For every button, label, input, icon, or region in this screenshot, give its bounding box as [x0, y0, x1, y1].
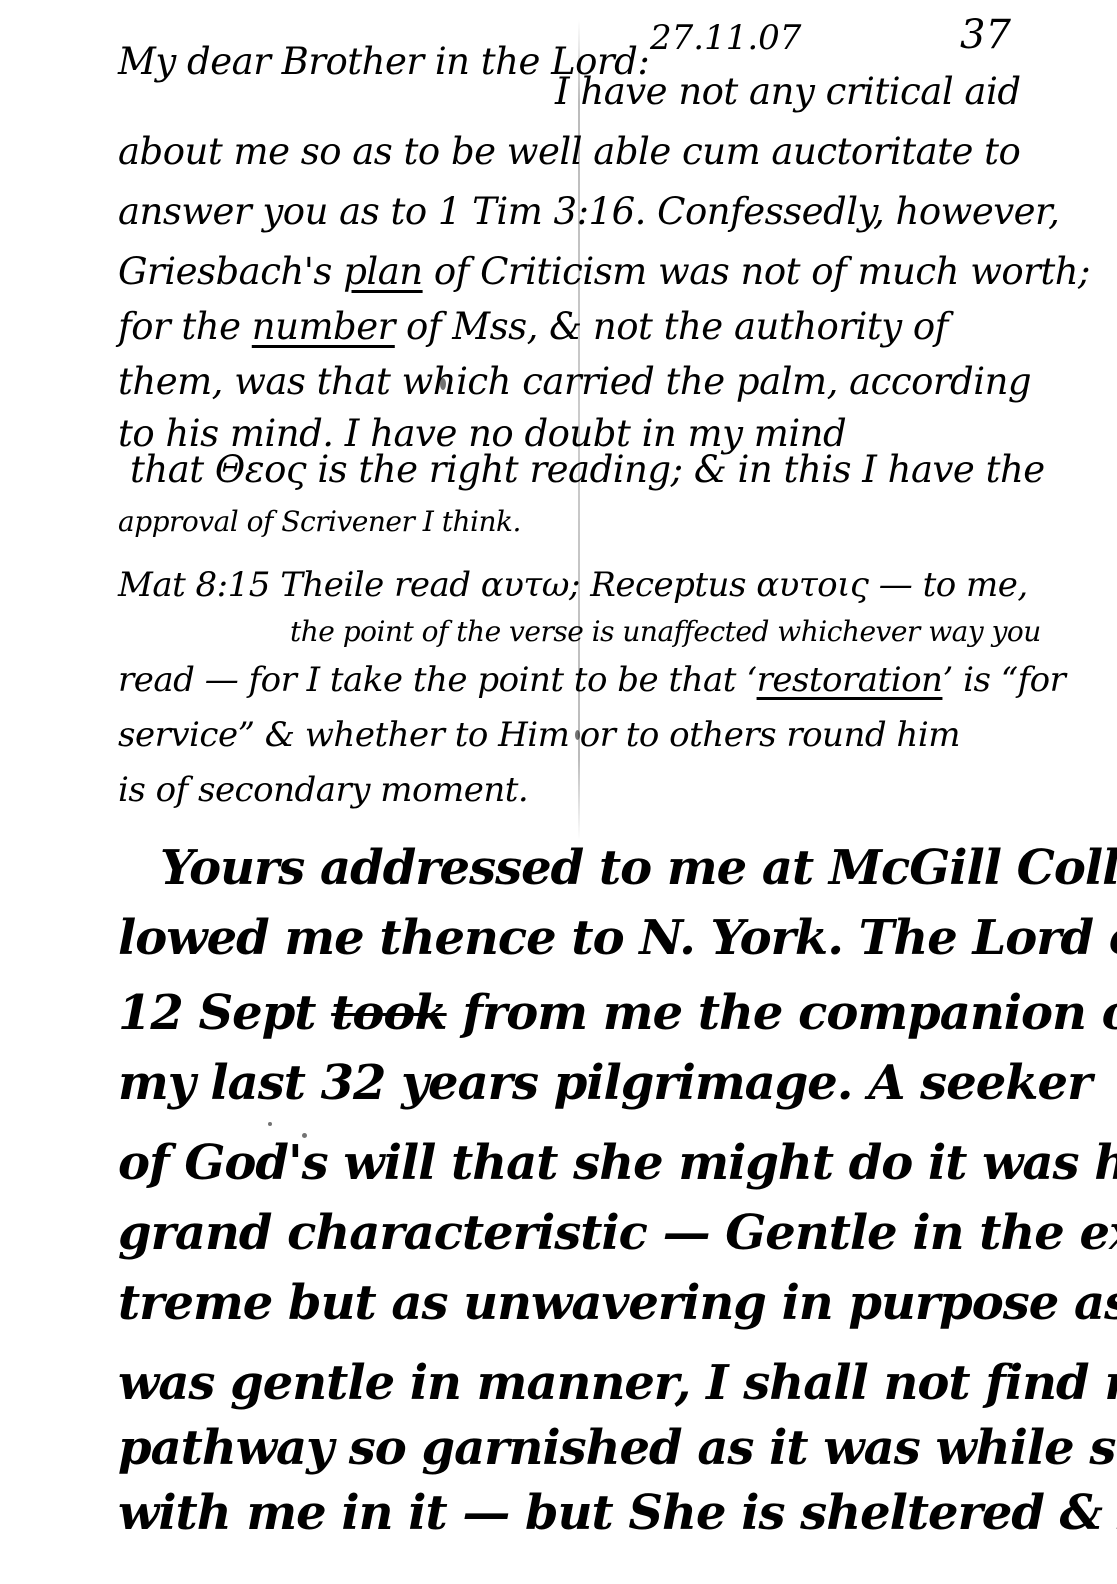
- ink-speck: [302, 1133, 307, 1138]
- ink-blot: [440, 378, 446, 390]
- letter-line-10: Mat 8:15 Theile read αυτω; Receptus αυτο…: [118, 565, 1028, 605]
- letter-line-12: read — for I take the point to be that ‘…: [118, 660, 1065, 700]
- second-part-line-2: lowed me thence to N. York. The Lord on …: [118, 910, 1117, 966]
- second-part-line-5: of God's will that she might do it was h…: [118, 1135, 1117, 1191]
- ink-speck: [268, 1122, 272, 1126]
- letter-line-2: about me so as to be well able cum aucto…: [118, 130, 1020, 173]
- second-part-line-6: grand characteristic — Gentle in the ex-: [118, 1205, 1117, 1261]
- second-part-line-1: Yours addressed to me at McGill College …: [160, 840, 1117, 896]
- letter-line-13: service” & whether to Him or to others r…: [118, 715, 960, 755]
- letter-line-3: answer you as to 1 Tim 3:16. Confessedly…: [118, 190, 1059, 233]
- letter-line-8: that Θεος is the right reading; & in thi…: [130, 448, 1045, 491]
- letter-line-1: I have not any critical aid: [555, 70, 1021, 113]
- date-annotation: 27.11.07: [650, 18, 801, 58]
- underlined-word: restoration: [757, 660, 943, 700]
- letter-line-5: for the number of Mss, & not the authori…: [118, 305, 948, 348]
- underlined-word: plan: [343, 250, 422, 293]
- struck-through-word: took: [331, 985, 446, 1041]
- letter-line-9: approval of Scrivener I think.: [118, 505, 521, 538]
- second-part-line-9: pathway so garnished as it was while she…: [118, 1420, 1117, 1476]
- letter-line-11: the point of the verse is unaffected whi…: [290, 615, 1041, 648]
- letter-line-14: is of secondary moment.: [118, 770, 528, 810]
- letter-page: 27.11.07 37 My dear Brother in the Lord:…: [0, 0, 1117, 1584]
- letter-line-6: them, was that which carried the palm, a…: [118, 360, 1031, 403]
- ink-speck: [575, 730, 580, 740]
- second-part-line-10: with me in it — but She is sheltered & I…: [118, 1485, 1117, 1541]
- second-part-line-7: treme but as unwavering in purpose as sh…: [118, 1275, 1117, 1331]
- letter-line-4: Griesbach's plan of Criticism was not of…: [118, 250, 1090, 293]
- second-part-line-4: my last 32 years pilgrimage. A seeker: [118, 1055, 1091, 1111]
- second-part-line-3: 12 Sept took from me the companion of: [118, 985, 1117, 1041]
- page-number: 37: [960, 12, 1011, 58]
- second-part-line-8: was gentle in manner, I shall not find m…: [118, 1355, 1117, 1411]
- underlined-word: number: [252, 305, 395, 348]
